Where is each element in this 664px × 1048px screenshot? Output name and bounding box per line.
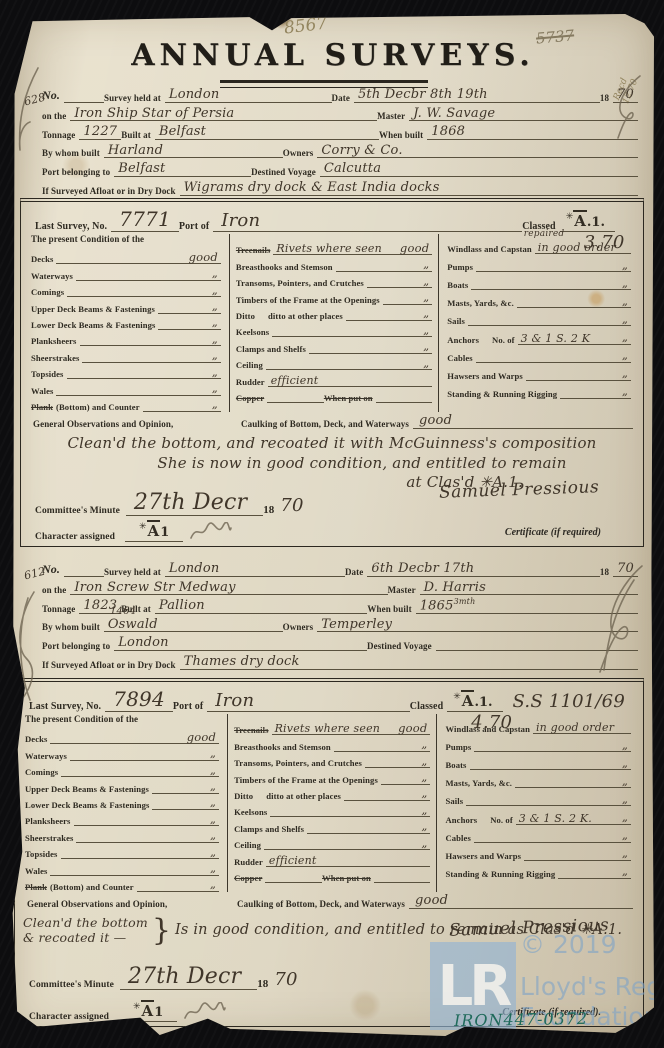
dry-dock-value: Thames dry dock — [180, 655, 522, 670]
year-value: 70 — [613, 88, 638, 103]
character-assigned-row: Character assigned ✳A1 — [35, 522, 233, 542]
form-row: 1464 By whom built Oswald Owners Temperl… — [42, 614, 638, 633]
committee-minute-label: Committee's Minute — [29, 980, 114, 990]
condition-row: Waterways „ — [31, 264, 221, 280]
built-at-value: Belfast — [155, 125, 379, 140]
rule-line — [176, 411, 209, 412]
condition-row: Wales „ — [25, 859, 219, 875]
condition-row: Upper Deck Beams & Fastenings „ — [25, 777, 219, 793]
class-star-icon: ✳ — [133, 1001, 141, 1011]
rule-line — [558, 878, 588, 879]
port-value: Belfast — [114, 162, 251, 177]
owners-label: Owners — [283, 148, 314, 158]
character-assigned-label: Character assigned — [29, 1012, 109, 1022]
handwritten-value: „ — [207, 830, 219, 843]
minute-date: 27th Decr — [120, 964, 257, 990]
handwritten-value: „ — [418, 805, 430, 818]
year-value: 70 — [613, 562, 638, 577]
handwritten-value: „ — [420, 259, 432, 272]
condition-label: Standing & Running Rigging — [445, 869, 555, 879]
condition-row: Rudder efficient — [234, 850, 430, 866]
box-header: Last Survey, No. 7894 Port of Iron Class… — [15, 682, 643, 714]
condition-sublabel: ditto at other places — [266, 791, 341, 801]
condition-label: Timbers of the Frame at the Openings — [234, 775, 378, 785]
tonnage-value: 1227 — [79, 125, 121, 140]
condition-label: Pumps — [445, 742, 471, 752]
struck-label: Plank — [31, 402, 53, 412]
condition-rows: Decks good Waterways „ Comings „ Upper D… — [25, 728, 219, 892]
rule-line — [568, 195, 638, 196]
condition-label: Ditto — [236, 311, 255, 321]
handwritten-value: „ — [209, 317, 221, 330]
handwritten-value: „ — [619, 296, 631, 309]
when-built-value: 1868 — [427, 125, 638, 140]
condition-row: Plank (Bottom) and Counter „ — [25, 876, 219, 892]
condition-label: Comings — [31, 287, 64, 297]
handwritten-entry: Rivets where seen — [273, 243, 385, 255]
condition-label: Keelsons — [234, 807, 267, 817]
condition-table: The present Condition of the Decks good … — [21, 234, 643, 412]
condition-label: Rudder — [234, 857, 263, 867]
condition-row: Upper Deck Beams & Fastenings „ — [31, 297, 221, 313]
character-assigned-label: Character assigned — [35, 532, 115, 542]
handwritten-value: „ — [619, 830, 631, 843]
rule-line — [589, 878, 619, 879]
condition-row: Hawsers and Warps „ — [447, 363, 631, 381]
handwritten-value: „ — [209, 334, 221, 347]
handwritten-value: „ — [209, 350, 221, 363]
condition-label: Planksheers — [25, 816, 71, 826]
condition-label: Boats — [447, 280, 468, 290]
condition-row: Comings „ — [25, 761, 219, 777]
vessel-value: Iron Screw Str Medway — [70, 581, 387, 596]
condition-row: Sheerstrakes „ — [31, 346, 221, 362]
printed-18: 18 — [600, 93, 609, 103]
condition-header: The present Condition of the — [31, 234, 221, 248]
condition-label: Windlass and Capstan — [445, 724, 529, 734]
condition-label: Topsides — [31, 369, 64, 379]
owners-value: Corry & Co. — [317, 144, 638, 159]
port-of-label: Port of — [179, 221, 209, 232]
archive-number-pencil: 8567 — [283, 13, 328, 38]
condition-label: Transoms, Pointers, and Crutches — [234, 758, 362, 768]
condition-label: Keelsons — [236, 327, 269, 337]
survey-held-at-label: Survey held at — [104, 93, 161, 103]
condition-row: Timbers of the Frame at the Openings „ — [236, 288, 432, 304]
destined-voyage-label: Destined Voyage — [367, 641, 432, 651]
condition-row: Cables „ — [447, 345, 631, 363]
condition-sublabel: No. of — [490, 815, 513, 825]
form-row: Port belonging to Belfast Destined Voyag… — [42, 158, 638, 177]
when-built-value: 18653mth — [416, 598, 638, 614]
handwritten-value: „ — [420, 276, 432, 289]
caulking-row: General Observations and Opinion, Caulki… — [21, 412, 643, 429]
condition-row: Windlass and Capstan in good order — [445, 716, 631, 734]
class-letter: A — [141, 1000, 155, 1020]
condition-row: Cables „ — [445, 825, 631, 843]
tonnage-label: Tonnage — [42, 604, 75, 614]
condition-row: Keelsons „ — [234, 801, 430, 817]
port-of-value: Iron — [207, 690, 409, 712]
condition-label: Topsides — [25, 849, 58, 859]
handwritten-value: „ — [619, 812, 631, 825]
pencil-flourish — [14, 64, 44, 154]
rule-line — [589, 398, 618, 399]
handwritten-note-above: repaired — [521, 230, 568, 239]
condition-label: Ceiling — [236, 360, 263, 370]
rule-line — [137, 891, 172, 892]
condition-label: Sails — [447, 316, 465, 326]
condition-row: Treenails Rivets where seen good — [236, 239, 432, 255]
handwritten-value: „ — [619, 758, 631, 771]
form2-header-fields: 612 No. Survey held at London Date 6th D… — [42, 558, 638, 670]
observations-label: General Observations and Opinion, — [33, 419, 237, 429]
struck-sublabel: When put on — [324, 393, 373, 403]
condition-rows: repaired Windlass and Capstan in good or… — [447, 236, 631, 399]
owners-label: Owners — [283, 622, 314, 632]
condition-row: Transoms, Pointers, and Crutches „ — [234, 752, 430, 768]
handwritten-value: „ — [209, 383, 221, 396]
condition-sublabel: No. of — [492, 335, 515, 345]
built-at-value: Pallion — [155, 599, 368, 614]
character-assigned-row: Character assigned ✳A1 — [29, 1002, 227, 1022]
condition-label: (Bottom) and Counter — [50, 882, 134, 892]
condition-column-right: Windlass and Capstan in good order Pumps… — [436, 714, 635, 892]
condition-column-middle: Treenails Rivets where seen good Breasth… — [227, 714, 436, 892]
condition-label: Anchors — [445, 815, 477, 825]
dry-dock-value: Wigrams dry dock & East India docks — [180, 181, 568, 196]
condition-label: Rudder — [236, 377, 265, 387]
condition-row: Waterways „ — [25, 744, 219, 760]
brace-glyph: } — [152, 913, 171, 948]
condition-row: Lower Deck Beams & Fastenings „ — [25, 794, 219, 810]
committee-minute-row: Committee's Minute 27th Decr 18 70 — [29, 964, 298, 990]
form-row: on the Iron Ship Star of Persia Master J… — [42, 103, 638, 122]
handwritten-value: „ — [207, 781, 219, 794]
class-letter: A — [461, 690, 475, 710]
condition-row: Boats „ — [447, 272, 631, 290]
date-value: 5th Decbr 8th 19th — [354, 88, 600, 103]
struck-sublabel: When put on — [322, 873, 371, 883]
condition-row: Anchors No. of 3 & 1 S. 2 K. „ — [445, 806, 631, 824]
handwritten-entry: Rivets where seen — [272, 723, 384, 735]
condition-column-left: The present Condition of the Decks good … — [31, 234, 229, 412]
condition-row: Breasthooks and Stemson „ — [234, 735, 430, 751]
handwritten-value: „ — [619, 794, 631, 807]
caulking-label: Caulking of Bottom, Deck, and Waterways — [241, 419, 409, 429]
condition-label: Hawsers and Warps — [447, 371, 523, 381]
destined-voyage-label: Destined Voyage — [251, 167, 316, 177]
handwritten-value: „ — [619, 278, 631, 291]
handwritten-entry: 3 & 1 S. 2 K. — [516, 813, 595, 825]
when-built-label: When built — [367, 604, 411, 614]
condition-rows: Treenails Rivets where seen good Breasth… — [236, 239, 432, 403]
tonnage-correction: 1464 — [106, 607, 140, 618]
caulking-value: good — [409, 893, 454, 909]
observations-label: General Observations and Opinion, — [27, 899, 233, 909]
dry-dock-label: If Surveyed Afloat or in Dry Dock — [42, 186, 176, 196]
survey-document-page: 8567 5737 Recd 12.70 ANNUAL SURVEYS. 628… — [12, 12, 654, 1036]
condition-row: Copper When put on — [234, 867, 430, 883]
class-star-icon: ✳ — [139, 521, 147, 531]
struck-label: Treenails — [236, 245, 270, 255]
handwritten-value: „ — [619, 866, 631, 879]
condition-row: Wales „ — [31, 379, 221, 395]
condition-column-right: repaired Windlass and Capstan in good or… — [438, 234, 635, 412]
condition-row: Copper When put on — [236, 387, 432, 403]
condition-row: Breasthooks and Stemson „ — [236, 255, 432, 271]
condition-label: Waterways — [31, 271, 73, 281]
printed-18: 18 — [263, 504, 274, 516]
rule-line — [458, 428, 633, 429]
condition-label: Upper Deck Beams & Fastenings — [25, 784, 149, 794]
class-letter: A — [573, 210, 587, 230]
handwritten-value: „ — [418, 788, 430, 801]
handwritten-value: „ — [619, 368, 631, 381]
rule-line — [521, 669, 638, 670]
condition-header: The present Condition of the — [25, 714, 219, 728]
on-the-label: on the — [42, 111, 66, 121]
class-number: .1. — [474, 695, 492, 710]
condition-label: Anchors — [447, 335, 479, 345]
class-letter: A — [147, 520, 161, 540]
condition-row: Sails „ — [445, 788, 631, 806]
condition-row: Decks good — [25, 728, 219, 744]
handwritten-value: „ — [207, 879, 219, 892]
builder-value: Oswald — [104, 618, 283, 633]
condition-row: Decks good — [31, 248, 221, 264]
rule-line — [454, 908, 633, 909]
condition-label: Upper Deck Beams & Fastenings — [31, 304, 155, 314]
struck-label: Copper — [234, 873, 262, 883]
port-of-label: Port of — [173, 701, 203, 712]
master-value: J. W. Savage — [409, 107, 638, 122]
condition-rows: Treenails Rivets where seen good Breasth… — [234, 719, 430, 883]
condition-label: Windlass and Capstan — [447, 244, 531, 254]
port-value: London — [114, 636, 367, 651]
rule-line — [143, 411, 176, 412]
date-value: 6th Decbr 17th — [367, 562, 600, 577]
handwritten-value: „ — [209, 399, 221, 412]
handwritten-entry: in good order — [533, 722, 617, 734]
committee-minute-label: Committee's Minute — [35, 506, 120, 516]
surveyor-signature: Samuel Pressious — [439, 477, 600, 503]
form-row: Port belonging to London Destined Voyage — [42, 632, 638, 651]
survey-record-box-2: Last Survey, No. 7894 Port of Iron Class… — [14, 678, 644, 1027]
vessel-value: Iron Ship Star of Persia — [70, 107, 377, 122]
condition-row: Keelsons „ — [236, 321, 432, 337]
caulking-row: General Observations and Opinion, Caulki… — [15, 892, 643, 909]
handwritten-value: „ — [619, 776, 631, 789]
condition-row: Anchors No. of 3 & 1 S. 2 K „ — [447, 326, 631, 344]
rule-line — [172, 891, 207, 892]
owners-value: Temperley — [317, 618, 638, 633]
form-row: Tonnage 1227 Built at Belfast When built… — [42, 121, 638, 140]
class-side-note: S.S 1101/69 — [505, 691, 633, 712]
handwritten-value: „ — [207, 797, 219, 810]
handwritten-value: „ — [619, 332, 631, 345]
condition-column-left: The present Condition of the Decks good … — [25, 714, 227, 892]
condition-sublabel: ditto at other places — [268, 311, 343, 321]
caulking-label: Caulking of Bottom, Deck, and Waterways — [237, 899, 405, 909]
condition-row: Sails „ — [447, 308, 631, 326]
master-value: D. Harris — [420, 581, 638, 596]
survey-held-at-value: London — [165, 562, 345, 577]
condition-row: Ditto ditto at other places „ — [234, 785, 430, 801]
builder-value: Harland — [104, 144, 283, 159]
handwritten-value: „ — [619, 350, 631, 363]
observation-stack: Clean'd the bottom & recoated it — — [23, 915, 148, 945]
class-number: 1 — [154, 1005, 163, 1020]
observation-line: Clean'd the bottom — [23, 915, 148, 930]
condition-row: Masts, Yards, &c. „ — [445, 770, 631, 788]
handwritten-value: „ — [420, 325, 432, 338]
condition-label: Cables — [445, 833, 470, 843]
port-of-value: Iron — [213, 210, 522, 232]
tonnage-label: Tonnage — [42, 130, 75, 140]
class-number: 1 — [160, 525, 169, 540]
form-row: If Surveyed Afloat or in Dry Dock Wigram… — [42, 177, 638, 196]
last-survey-label: Last Survey, No. — [35, 221, 107, 232]
port-belonging-label: Port belonging to — [42, 167, 110, 177]
survey-held-at-label: Survey held at — [104, 567, 161, 577]
condition-row: Masts, Yards, &c. „ — [447, 290, 631, 308]
handwritten-value: „ — [418, 756, 430, 769]
handwritten-value: „ — [619, 740, 631, 753]
handwritten-entry: efficient — [268, 375, 322, 387]
form-row: 628 No. Survey held at London Date 5th D… — [42, 84, 638, 103]
condition-row: Rudder efficient — [236, 370, 432, 386]
observation-line: & recoated it — — [23, 930, 148, 945]
condition-label: Transoms, Pointers, and Crutches — [236, 278, 364, 288]
rule-line — [374, 882, 431, 883]
handwritten-entry: in good order — [535, 242, 619, 254]
handwritten-value: „ — [619, 260, 631, 273]
built-at-label: Built at — [121, 130, 151, 140]
condition-row: Standing & Running Rigging „ — [447, 381, 631, 399]
class-star-icon: ✳ — [453, 691, 461, 701]
character-class-mark: ✳A1 — [125, 522, 183, 542]
condition-row: Ditto ditto at other places „ — [236, 305, 432, 321]
handwritten-value: „ — [207, 748, 219, 761]
handwritten-value: „ — [420, 292, 432, 305]
form-row: By whom built Harland Owners Corry & Co. — [42, 140, 638, 159]
condition-row: Ceiling „ — [236, 354, 432, 370]
condition-row: Hawsers and Warps „ — [445, 843, 631, 861]
condition-label: Waterways — [25, 751, 67, 761]
condition-label: Cables — [447, 353, 472, 363]
archive-reference-code: IRON447-0372 — [454, 1009, 588, 1030]
date-label: Date — [345, 567, 363, 577]
struck-label: Treenails — [234, 725, 268, 735]
when-built-superscript: 3mth — [454, 597, 476, 606]
condition-label: Decks — [25, 734, 47, 744]
condition-label: Boats — [445, 760, 466, 770]
condition-row: Lower Deck Beams & Fastenings „ — [31, 314, 221, 330]
port-belonging-label: Port belonging to — [42, 641, 110, 651]
handwritten-value: „ — [209, 268, 221, 281]
condition-rows: Windlass and Capstan in good order Pumps… — [445, 716, 631, 879]
printed-18: 18 — [257, 978, 268, 990]
minute-date: 27th Decr — [126, 490, 263, 516]
condition-row: Treenails Rivets where seen good — [234, 719, 430, 735]
handwritten-entry: 3 & 1 S. 2 K — [518, 333, 594, 345]
handwritten-value: „ — [619, 314, 631, 327]
voyage-value: Calcutta — [320, 162, 549, 177]
condition-row: Standing & Running Rigging „ — [445, 861, 631, 879]
condition-label: Clamps and Shelfs — [236, 344, 306, 354]
dry-dock-label: If Surveyed Afloat or in Dry Dock — [42, 660, 176, 670]
handwritten-value: „ — [619, 386, 631, 399]
condition-label: Masts, Yards, &c. — [445, 778, 512, 788]
handwritten-value: „ — [418, 838, 430, 851]
condition-label: Pumps — [447, 262, 473, 272]
condition-row: Transoms, Pointers, and Crutches „ — [236, 272, 432, 288]
class-number: .1. — [587, 215, 605, 230]
handwritten-value: „ — [420, 358, 432, 371]
condition-row: Pumps „ — [447, 254, 631, 272]
when-built-label: When built — [379, 130, 423, 140]
classed-label: Classed — [410, 701, 443, 712]
handwritten-value: „ — [420, 308, 432, 321]
handwritten-value: „ — [209, 301, 221, 314]
observation-line: Clean'd the bottom, and recoated it with… — [21, 434, 643, 452]
master-label: Master — [388, 585, 416, 595]
handwritten-value: good — [395, 723, 430, 736]
last-survey-number: 7894 — [105, 687, 173, 712]
condition-label: Decks — [31, 254, 53, 264]
condition-label: Hawsers and Warps — [445, 851, 521, 861]
printed-18: 18 — [600, 567, 609, 577]
last-survey-number: 7771 — [111, 207, 179, 232]
condition-label: Clamps and Shelfs — [234, 824, 304, 834]
condition-row: Pumps „ — [445, 734, 631, 752]
condition-label: Lower Deck Beams & Fastenings — [25, 800, 149, 810]
condition-label: Planksheers — [31, 336, 77, 346]
survey-record-box-1: Last Survey, No. 7771 Port of Iron Class… — [20, 198, 644, 547]
condition-row: Plank (Bottom) and Counter „ — [31, 396, 221, 412]
condition-label: (Bottom) and Counter — [56, 402, 140, 412]
condition-label: Sheerstrakes — [31, 353, 79, 363]
handwritten-value: good — [397, 243, 432, 256]
certificate-label: Certificate (if required) — [505, 527, 601, 538]
condition-label: Breasthooks and Stemson — [234, 742, 331, 752]
condition-label: Breasthooks and Stemson — [236, 262, 333, 272]
condition-label: Wales — [25, 866, 47, 876]
condition-rows: Decks good Waterways „ Comings „ Upper D… — [31, 248, 221, 412]
condition-row: Topsides „ — [31, 363, 221, 379]
ink-flourish — [189, 522, 233, 542]
handwritten-value: good — [184, 732, 219, 745]
condition-row: Comings „ — [31, 281, 221, 297]
form-row: on the Iron Screw Str Medway Master D. H… — [42, 577, 638, 596]
class-star-icon: ✳ — [566, 211, 574, 221]
handwritten-value: „ — [420, 341, 432, 354]
survey-held-at-value: London — [165, 88, 332, 103]
minute-year: 70 — [280, 495, 303, 516]
handwritten-value: „ — [619, 848, 631, 861]
condition-row: Timbers of the Frame at the Openings „ — [234, 768, 430, 784]
condition-label: Comings — [25, 767, 58, 777]
committee-minute-row: Committee's Minute 27th Decr 18 70 — [35, 490, 304, 516]
handwritten-value: „ — [209, 367, 221, 380]
condition-label: Standing & Running Rigging — [447, 389, 557, 399]
condition-row: Clamps and Shelfs „ — [236, 337, 432, 353]
struck-label: Plank — [25, 882, 47, 892]
condition-row: Boats „ — [445, 752, 631, 770]
handwritten-value: „ — [418, 739, 430, 752]
class-mark: ✳A.1. 4.70 — [447, 692, 502, 712]
